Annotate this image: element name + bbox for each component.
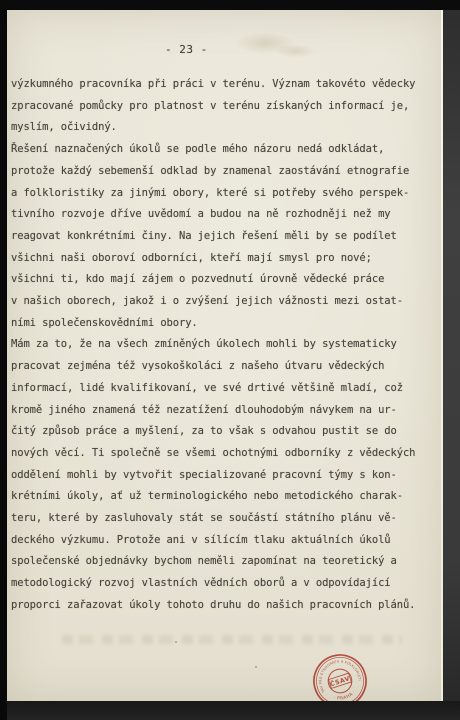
text-line: výzkumného pracovníka při práci v terénu… <box>11 74 441 96</box>
text-line: teru, které by zasluhovaly stát se součá… <box>11 508 441 530</box>
text-line: pracovat zejména též vysokoškoláci z naš… <box>11 356 441 378</box>
scan-border-left <box>0 0 7 720</box>
text-line: proporci zařazovat úkoly tohoto druhu do… <box>11 595 441 617</box>
text-line: čitý způsob práce a myšlení, za to však … <box>11 421 441 443</box>
paper-sheet: - 23 - výzkumného pracovníka při práci v… <box>7 10 443 701</box>
text-line: krétními úkoly, ať už terminologického n… <box>11 486 441 508</box>
scanned-page: - 23 - výzkumného pracovníka při práci v… <box>0 0 460 720</box>
text-line: deckého výzkumu. Protože ani v sílícím t… <box>11 530 441 552</box>
text-line: protože každý sebemenší odklad by znamen… <box>11 161 441 183</box>
text-line: společenské objednávky bychom neměli zap… <box>11 551 441 573</box>
paper-speck <box>255 666 257 668</box>
paper-stain <box>235 32 295 54</box>
text-line: všichni naši oboroví odborníci, kteří ma… <box>11 248 441 270</box>
text-line: ními společenskovědními obory. <box>11 313 441 335</box>
paper-speck <box>175 641 177 643</box>
text-line: nových věcí. Ti společně se všemi ochotn… <box>11 443 441 465</box>
text-line: všichni ti, kdo mají zájem o pozvednutí … <box>11 269 441 291</box>
text-line: oddělení mohli by vytvořit specializovan… <box>11 465 441 487</box>
text-line: Řešení naznačených úkolů se podle mého n… <box>11 139 441 161</box>
text-line: Mám za to, že na všech zmíněných úkolech… <box>11 334 441 356</box>
text-line: v našich oborech, jakož i o zvýšení jeji… <box>11 291 441 313</box>
page-number: - 23 - <box>165 43 208 56</box>
scan-border-bottom <box>0 701 460 720</box>
text-line: kromě jiného znamená též nezatížení dlou… <box>11 400 441 422</box>
text-line: zpracované pomůcky pro platnost v terénu… <box>11 96 441 118</box>
text-line: informací, lidé kvalifikovaní, ve své dr… <box>11 378 441 400</box>
text-block: výzkumného pracovníka při práci v terénu… <box>11 74 441 617</box>
text-line: metodologický rozvoj vlastních vědních o… <box>11 573 441 595</box>
text-line: tivního rozvoje dříve uvědomí a budou na… <box>11 204 441 226</box>
text-line: myslím, očividný. <box>11 117 441 139</box>
text-line: a folkloristiky za jinými obory, které s… <box>11 183 441 205</box>
scan-border-top <box>0 0 460 10</box>
paper-stain <box>275 44 315 58</box>
text-line: reagovat konkrétními činy. Na jejich řeš… <box>11 226 441 248</box>
